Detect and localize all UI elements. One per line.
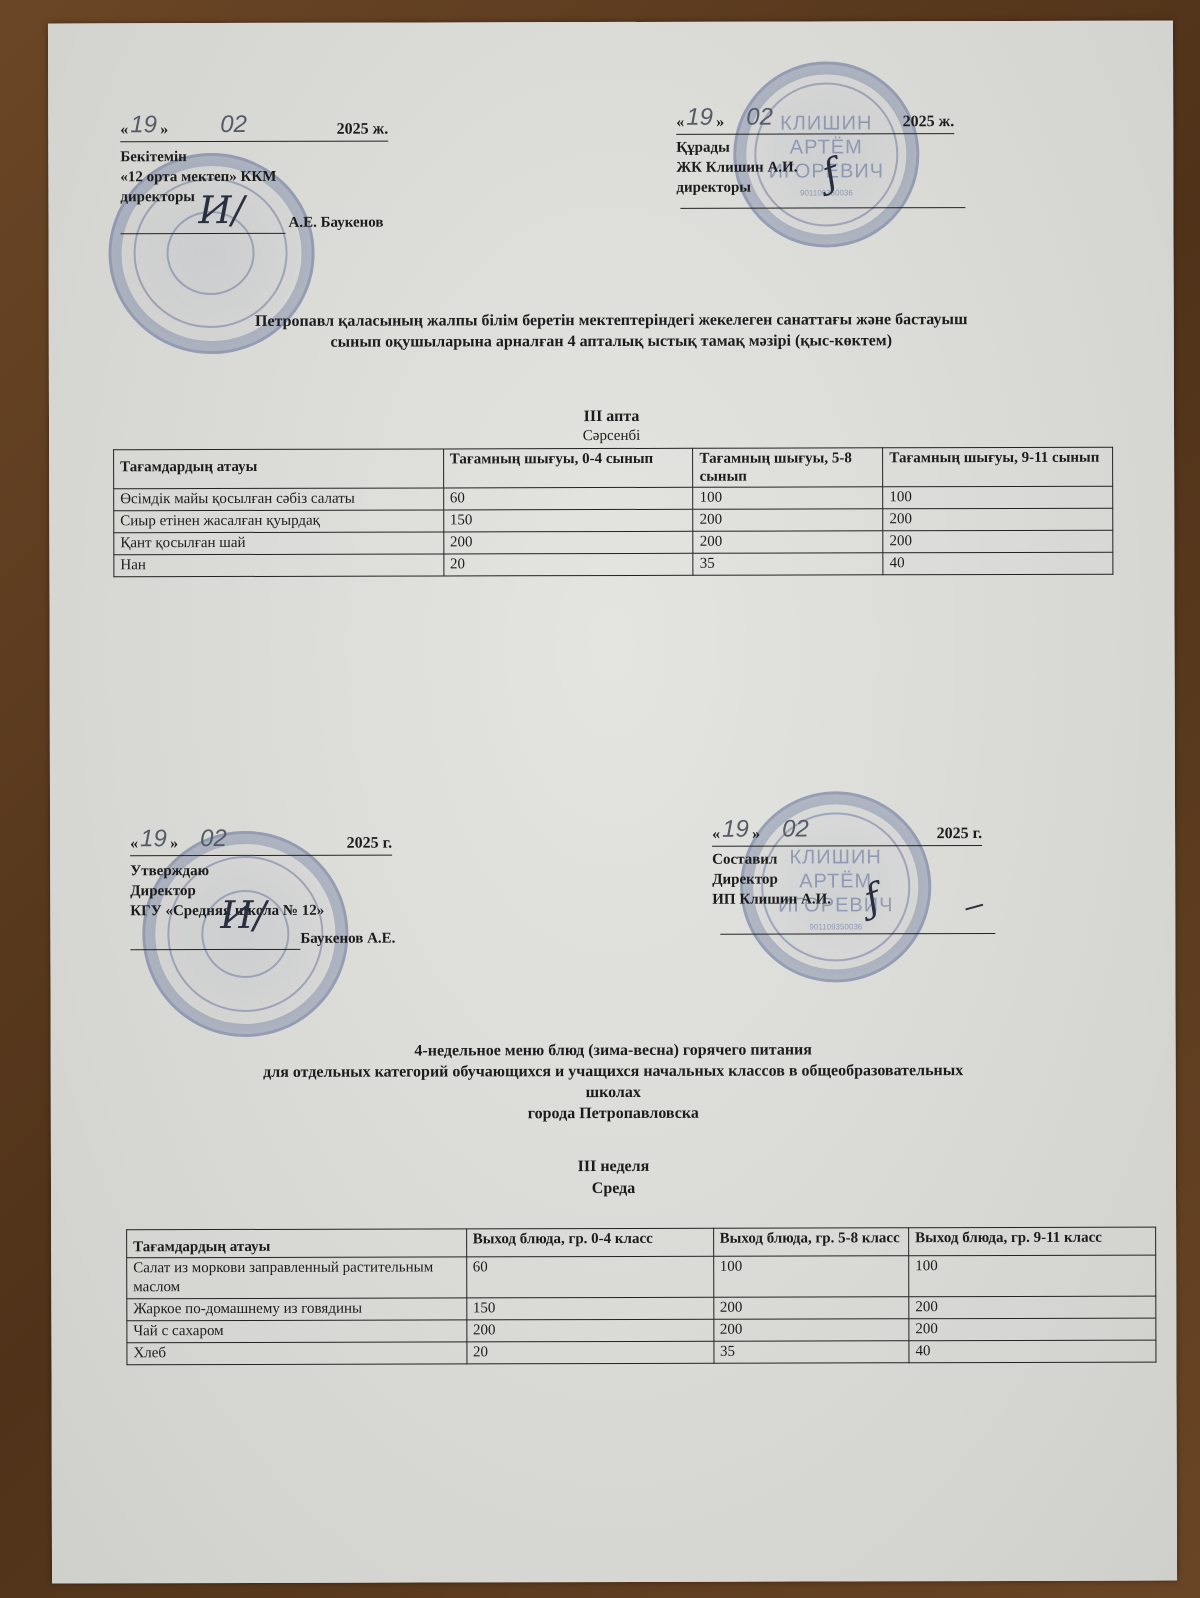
dish-name: Хлеб: [127, 1342, 467, 1365]
dish-name: Қант қосылған шай: [114, 532, 444, 555]
table-row: Сиыр етінен жасалған қуырдақ 150 200 200: [114, 508, 1113, 533]
portion-cell: 100: [713, 1256, 909, 1298]
header-cell: Тағамдардың атауы: [127, 1229, 467, 1258]
portion-cell: 200: [713, 1319, 909, 1342]
dish-name: Чай с сахаром: [127, 1320, 467, 1343]
signature-kk-approve: И/: [198, 188, 244, 232]
dish-name: Салат из моркови заправленный растительн…: [127, 1257, 467, 1299]
table-row: Салат из моркови заправленный растительн…: [127, 1255, 1156, 1299]
portion-cell: 20: [444, 553, 694, 576]
portion-cell: 200: [466, 1319, 713, 1342]
day-ru: Среда: [51, 1177, 1176, 1201]
portion-cell: 200: [909, 1296, 1156, 1319]
portion-cell: 150: [466, 1297, 713, 1320]
header-cell: Тағамдардың атауы: [114, 449, 444, 489]
menu-table-kk: Тағамдардың атауы Тағамның шығуы, 0-4 сы…: [113, 447, 1113, 578]
week-ru: III неделя: [51, 1155, 1176, 1179]
portion-cell: 200: [443, 531, 693, 554]
compiled-block-ru: Составил Директор ИП Клишин А.И.: [712, 849, 831, 909]
table-row: Қант қосылған шай 200 200 200: [114, 530, 1113, 555]
title-ru: 4-недельное меню блюд (зима-весна) горяч…: [51, 1039, 1176, 1126]
compiled-date-kk: «19» 02 2025 ж.: [676, 109, 954, 135]
portion-cell: 60: [443, 487, 693, 510]
dish-name: Сиыр етінен жасалған қуырдақ: [114, 510, 444, 533]
signature-ru-approve: И/: [220, 893, 266, 937]
approve-signatory-ru: Баукенов А.Е.: [300, 929, 395, 949]
portion-cell: 200: [909, 1318, 1156, 1341]
header-cell: Выход блюда, гр. 5-8 класс: [713, 1228, 909, 1257]
portion-cell: 200: [693, 509, 883, 531]
table-header-row: Тағамдардың атауы Тағамның шығуы, 0-4 сы…: [114, 447, 1113, 489]
portion-cell: 100: [909, 1255, 1156, 1297]
portion-cell: 60: [466, 1256, 713, 1298]
portion-cell: 200: [713, 1297, 909, 1320]
signature-dash: [965, 904, 983, 911]
header-cell: Выход блюда, гр. 9-11 класс: [909, 1227, 1156, 1256]
table-row: Өсімдік майы қосылған сәбіз салаты 60 10…: [114, 486, 1113, 511]
portion-cell: 200: [883, 508, 1113, 531]
compiled-block-kk: Құрады ЖК Клишин А.И. директоры: [676, 138, 797, 198]
portion-cell: 100: [883, 486, 1113, 509]
menu-table-ru: Тағамдардың атауы Выход блюда, гр. 0-4 к…: [126, 1227, 1156, 1366]
table-header-row: Тағамдардың атауы Выход блюда, гр. 0-4 к…: [127, 1227, 1156, 1258]
dish-name: Жаркое по-домашнему из говядины: [127, 1298, 467, 1321]
table-row: Чай с сахаром 200 200 200: [127, 1318, 1156, 1343]
portion-cell: 200: [693, 531, 883, 553]
day-kk: Сәрсенбі: [49, 425, 1174, 448]
portion-cell: 150: [443, 509, 693, 532]
portion-cell: 20: [466, 1341, 713, 1364]
portion-cell: 35: [713, 1341, 909, 1364]
dish-name: Өсімдік майы қосылған сәбіз салаты: [114, 488, 444, 511]
header-cell: Тағамның шығуы, 9-11 сынып: [883, 447, 1113, 487]
approve-date-kk: «19» 02 2025 ж.: [120, 117, 388, 143]
dish-name: Нан: [114, 554, 444, 577]
header-cell: Тағамның шығуы, 5-8 сынып: [693, 448, 883, 487]
portion-cell: 35: [693, 553, 883, 575]
approve-date-ru: «19» 02 2025 г.: [130, 831, 392, 857]
document-page: «19» 02 2025 ж. Бекітемін «12 орта мекте…: [48, 21, 1177, 1584]
portion-cell: 40: [909, 1340, 1156, 1363]
portion-cell: 40: [883, 552, 1113, 575]
header-cell: Тағамның шығуы, 0-4 сынып: [443, 448, 693, 488]
table-row: Хлеб 20 35 40: [127, 1340, 1156, 1365]
table-row: Нан 20 35 40: [114, 552, 1113, 577]
title-kk: Петропавл қаласының жалпы білім беретін …: [49, 309, 1174, 354]
header-cell: Выход блюда, гр. 0-4 класс: [466, 1228, 713, 1257]
table-row: Жаркое по-домашнему из говядины 150 200 …: [127, 1296, 1156, 1321]
portion-cell: 100: [693, 487, 883, 509]
portion-cell: 200: [883, 530, 1113, 553]
approve-signatory-kk: А.Е. Баукенов: [288, 213, 383, 233]
compiled-date-ru: «19» 02 2025 г.: [712, 821, 982, 847]
